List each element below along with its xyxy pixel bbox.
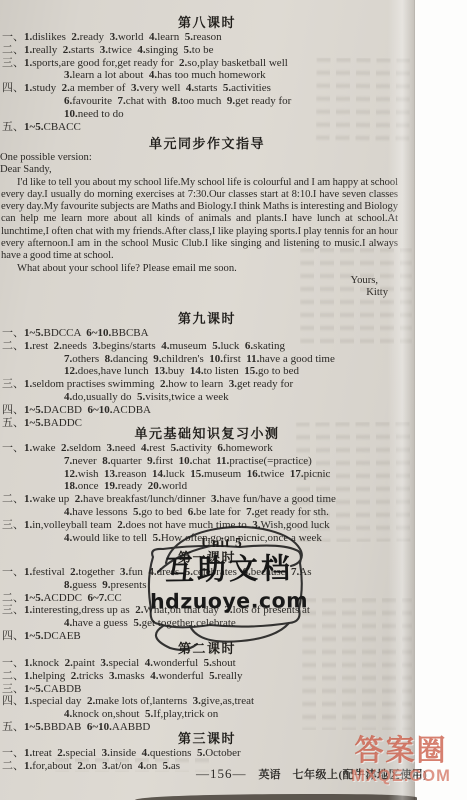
answer-row: 12.wish 13.reason 14.luck 15.museum 16.t… — [0, 468, 414, 481]
answer-row: 3.learn a lot about 4.has too much homew… — [0, 69, 414, 82]
answer-row: 二、1.wake up 2.have breakfast/lunch/dinne… — [0, 493, 414, 506]
section-heading: 单元同步作文指导 — [0, 136, 414, 152]
answer-row: 7.never 8.quarter 9.first 10.chat 11.pra… — [0, 455, 414, 468]
section-heading: 第八课时 — [0, 15, 414, 31]
answer-row: 一、1~5.BDCCA 6~10.BBCBA — [0, 327, 414, 340]
section-heading: 第二课时 — [0, 641, 414, 657]
answer-row: 7.others 8.dancing 9.children's 10.first… — [0, 353, 414, 366]
scan-edge-shadow — [135, 794, 417, 800]
essay-block: One possible version:Dear Sandy,I'd like… — [0, 152, 414, 300]
answer-row: 三、1.in,volleyball team 2.does not have m… — [0, 519, 414, 532]
answer-row: 4.have lessons 5.go to bed 6.be late for… — [0, 506, 414, 519]
scanned-answer-page: { "sections": [ { "id": "lesson8", "head… — [0, 0, 467, 800]
watermark-brand: 答案圈 — [336, 736, 466, 767]
answer-row: 一、1.wake 2.seldom 3.need 4.rest 5.activi… — [0, 442, 414, 455]
answer-row: 18.once 19.ready 20.world — [0, 480, 414, 493]
answer-row: 五、1~5.CBACC — [0, 121, 414, 134]
section-composition: 单元同步作文指导One possible version:Dear Sandy,… — [0, 136, 414, 300]
essay-closing-question: What about your school life? Please emai… — [0, 263, 414, 275]
answer-row: 4.do,usually do 5.visits,twice a week — [0, 391, 414, 404]
book-label: 英语 — [259, 766, 281, 782]
stamp-url: hdzuoye.com — [150, 588, 302, 613]
section-lesson2: 第二课时一、1.knock 2.paint 3.special 4.wonder… — [0, 641, 414, 734]
answer-row: 三、1.sports,are good for,get ready for 2.… — [0, 57, 414, 70]
red-watermark: 答案圈 MXQE.COM — [336, 736, 466, 786]
answer-row: 三、1.seldom practises swimming 2.how to l… — [0, 378, 414, 391]
section-lesson8: 第八课时一、1.dislikes 2.ready 3.world 4.learn… — [0, 15, 414, 133]
essay-opening: One possible version: — [0, 152, 414, 164]
answer-row: 二、1.really 2.starts 3.twice 4.singing 5.… — [0, 44, 414, 57]
section-heading: 单元基础知识复习小测 — [0, 426, 414, 442]
answer-row: 10.need to do — [0, 108, 414, 121]
answer-row: 4.knock on,shout 5.If,play,trick on — [0, 708, 414, 721]
essay-body: I'd like to tell you about my school lif… — [0, 177, 414, 263]
paper-scan: 第八课时一、1.dislikes 2.ready 3.world 4.learn… — [0, 0, 415, 800]
answer-row: 四、1.special day 2.make lots of,lanterns … — [0, 695, 414, 708]
answer-row: 二、1.rest 2.needs 3.begins/starts 4.museu… — [0, 340, 414, 353]
stamp-title: 互助文档 — [158, 552, 301, 588]
answer-row: 四、1.study 2.a member of 3.very well 4.st… — [0, 82, 414, 95]
answer-row: 12.does,have lunch 13.buy 14.to listen 1… — [0, 365, 414, 378]
section-heading: 第九课时 — [0, 311, 414, 327]
watermark-site: MXQE.COM — [336, 767, 466, 786]
page-number: —156— — [196, 766, 247, 782]
answer-row: 6.favourite 7.chat with 8.too much 9.get… — [0, 95, 414, 108]
answer-row: 四、1~5.DACBD 6~10.ACDBA — [0, 404, 414, 417]
answer-row: 一、1.dislikes 2.ready 3.world 4.learn 5.r… — [0, 31, 414, 44]
essay-signature: Kitty — [0, 287, 414, 299]
section-quiz: 单元基础知识复习小测一、1.wake 2.seldom 3.need 4.res… — [0, 426, 414, 544]
answer-row: 4.have a guess 5.get together,celebrate — [0, 617, 414, 630]
answer-row: 一、1.knock 2.paint 3.special 4.wonderful … — [0, 657, 414, 670]
essay-signoff: Yours, — [0, 275, 414, 287]
answer-row: 二、1.helping 2.tricks 3.masks 4.wonderful… — [0, 670, 414, 683]
unit-title: Unit 5 — [0, 536, 414, 550]
section-lesson9: 第九课时一、1~5.BDCCA 6~10.BBCBA二、1.rest 2.nee… — [0, 311, 414, 429]
answer-row: 三、1~5.CABDB — [0, 683, 414, 696]
essay-salutation: Dear Sandy, — [0, 164, 414, 176]
